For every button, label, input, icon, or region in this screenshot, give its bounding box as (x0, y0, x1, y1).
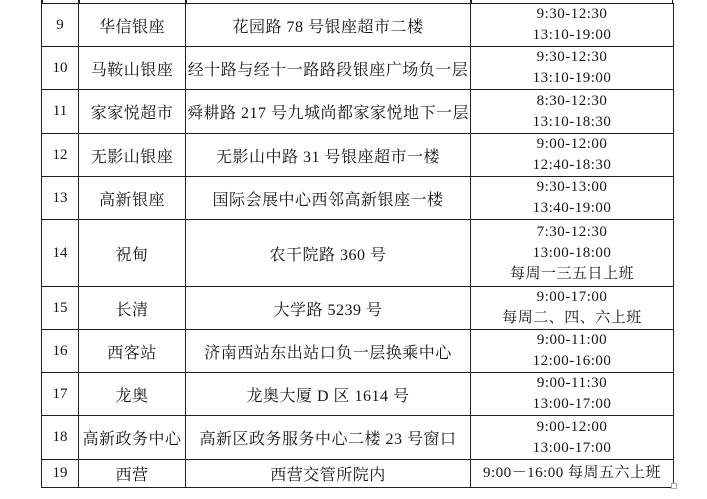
address-cell: 农干院路 360 号 (186, 220, 471, 287)
table-row: 16 西客站 济南西站东出站口负一层换乘中心 9:00-11:00 12:00-… (42, 330, 674, 373)
hours-line: 9:30-13:00 (471, 177, 673, 198)
hours-cell: 9:00-12:00 12:40-18:30 (471, 134, 674, 177)
site-name-cell: 马鞍山银座 (79, 47, 186, 90)
hours-cell: 9:00-12:00 13:00-17:00 (471, 416, 674, 460)
hours-line: 8:30-12:30 (471, 91, 673, 112)
hours-line: 9:00－16:00 每周五六上班 (471, 463, 673, 484)
hours-line: 每周二、四、六上班 (471, 308, 673, 329)
hours-line: 9:30-12:30 (471, 47, 673, 68)
site-name-cell: 龙奥 (79, 373, 186, 416)
hours-line: 13:10-19:00 (471, 68, 673, 89)
table-row: 15 长清 大学路 5239 号 9:00-17:00 每周二、四、六上班 (42, 287, 674, 330)
row-number-cell: 9 (42, 4, 79, 47)
site-name-cell: 华信银座 (79, 4, 186, 47)
hours-line: 9:00-11:30 (471, 373, 673, 394)
hours-cell: 9:30-12:30 13:10-19:00 (471, 47, 674, 90)
hours-line: 9:00-12:00 (471, 417, 673, 438)
hours-cell: 9:30-12:30 13:10-19:00 (471, 4, 674, 47)
hours-cell: 8:30-12:30 13:10-18:30 (471, 90, 674, 134)
address-cell: 无影山中路 31 号银座超市一楼 (186, 134, 471, 177)
row-number-cell: 13 (42, 177, 79, 220)
service-points-table: 9 华信银座 花园路 78 号银座超市二楼 9:30-12:30 13:10-1… (41, 3, 674, 488)
address-cell: 高新区政务服务中心二楼 23 号窗口 (186, 416, 471, 460)
table-row: 19 西营 西营交管所院内 9:00－16:00 每周五六上班 (42, 460, 674, 488)
address-cell: 西营交管所院内 (186, 460, 471, 488)
table-row: 14 祝甸 农干院路 360 号 7:30-12:30 13:00-18:00 … (42, 220, 674, 287)
hours-cell: 9:00-11:00 12:00-16:00 (471, 330, 674, 373)
row-number-cell: 15 (42, 287, 79, 330)
hours-line: 13:00-17:00 (471, 438, 673, 459)
site-name-cell: 西客站 (79, 330, 186, 373)
row-number-cell: 16 (42, 330, 79, 373)
site-name-cell: 高新政务中心 (79, 416, 186, 460)
address-cell: 经十路与经十一路路段银座广场负一层 (186, 47, 471, 90)
table-row: 11 家家悦超市 舜耕路 217 号九城尚都家家悦地下一层 8:30-12:30… (42, 90, 674, 134)
site-name-cell: 祝甸 (79, 220, 186, 287)
hours-line: 每周一三五日上班 (471, 264, 673, 285)
hours-line: 13:00-17:00 (471, 394, 673, 415)
address-cell: 龙奥大厦 D 区 1614 号 (186, 373, 471, 416)
address-cell: 大学路 5239 号 (186, 287, 471, 330)
hours-line: 13:10-19:00 (471, 25, 673, 46)
address-cell: 国际会展中心西邻高新银座一楼 (186, 177, 471, 220)
hours-line: 9:00-17:00 (471, 287, 673, 308)
address-cell: 舜耕路 217 号九城尚都家家悦地下一层 (186, 90, 471, 134)
hours-cell: 9:00－16:00 每周五六上班 (471, 460, 674, 488)
hours-line: 13:40-19:00 (471, 198, 673, 219)
row-number-cell: 12 (42, 134, 79, 177)
site-name-cell: 家家悦超市 (79, 90, 186, 134)
hours-line: 12:40-18:30 (471, 155, 673, 176)
row-number-cell: 18 (42, 416, 79, 460)
address-cell: 济南西站东出站口负一层换乘中心 (186, 330, 471, 373)
table-row: 12 无影山银座 无影山中路 31 号银座超市一楼 9:00-12:00 12:… (42, 134, 674, 177)
row-number-cell: 10 (42, 47, 79, 90)
site-name-cell: 西营 (79, 460, 186, 488)
site-name-cell: 高新银座 (79, 177, 186, 220)
site-name-cell: 长清 (79, 287, 186, 330)
table-row: 9 华信银座 花园路 78 号银座超市二楼 9:30-12:30 13:10-1… (42, 4, 674, 47)
hours-cell: 9:30-13:00 13:40-19:00 (471, 177, 674, 220)
table-row: 13 高新银座 国际会展中心西邻高新银座一楼 9:30-13:00 13:40-… (42, 177, 674, 220)
site-name-cell: 无影山银座 (79, 134, 186, 177)
table-row: 17 龙奥 龙奥大厦 D 区 1614 号 9:00-11:30 13:00-1… (42, 373, 674, 416)
hours-line: 9:00-11:00 (471, 330, 673, 351)
hours-cell: 7:30-12:30 13:00-18:00 每周一三五日上班 (471, 220, 674, 287)
hours-line: 13:10-18:30 (471, 112, 673, 133)
hours-line: 13:00-18:00 (471, 243, 673, 264)
hours-cell: 9:00-17:00 每周二、四、六上班 (471, 287, 674, 330)
table-resize-handle-icon[interactable] (671, 483, 677, 489)
hours-cell: 9:00-11:30 13:00-17:00 (471, 373, 674, 416)
hours-line: 7:30-12:30 (471, 222, 673, 243)
hours-line: 9:00-12:00 (471, 134, 673, 155)
hours-line: 9:30-12:30 (471, 4, 673, 25)
row-number-cell: 11 (42, 90, 79, 134)
row-number-cell: 17 (42, 373, 79, 416)
row-number-cell: 14 (42, 220, 79, 287)
table-row: 10 马鞍山银座 经十路与经十一路路段银座广场负一层 9:30-12:30 13… (42, 47, 674, 90)
hours-line: 12:00-16:00 (471, 351, 673, 372)
address-cell: 花园路 78 号银座超市二楼 (186, 4, 471, 47)
table-row: 18 高新政务中心 高新区政务服务中心二楼 23 号窗口 9:00-12:00 … (42, 416, 674, 460)
row-number-cell: 19 (42, 460, 79, 488)
